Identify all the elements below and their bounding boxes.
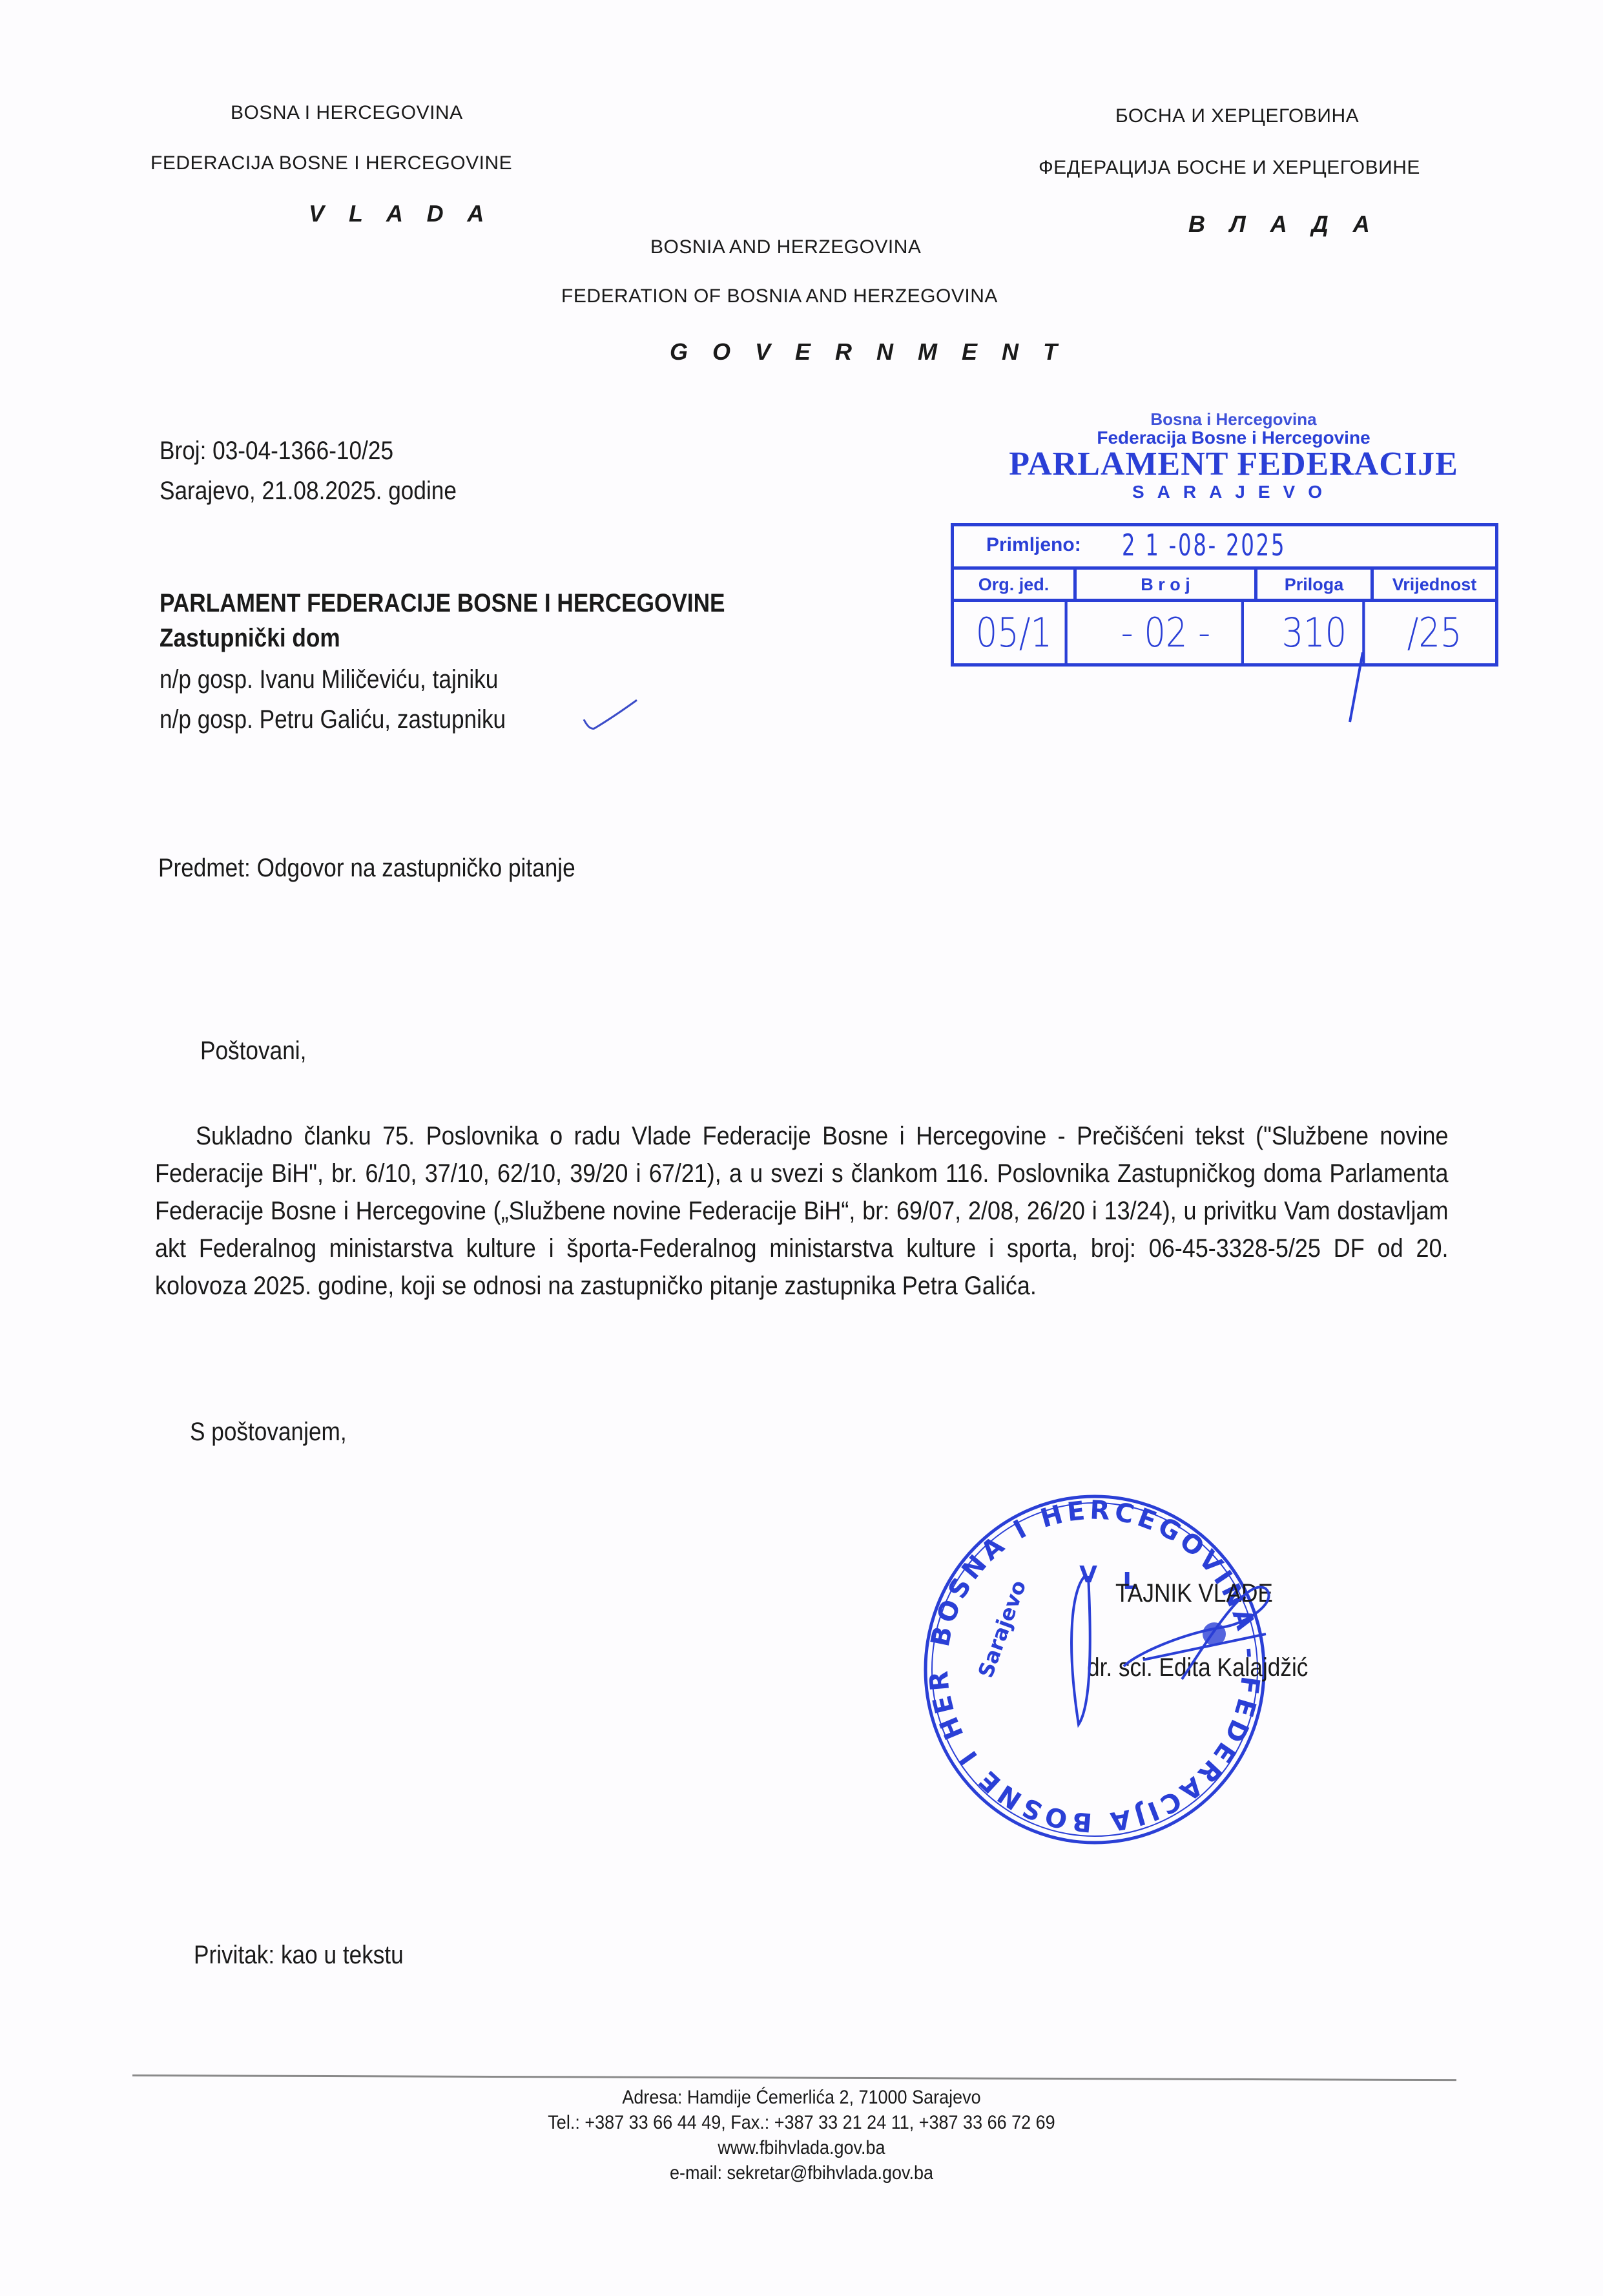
received-label: Primljeno: (986, 534, 1081, 556)
registry-col-attachments: Priloga (1257, 570, 1374, 602)
registry-col-number: B r o j (1077, 570, 1257, 602)
subject-line: Predmet: Odgovor na zastupničko pitanje (158, 854, 575, 883)
reference-number: Broj: 03-04-1366-10/25 (160, 437, 393, 466)
closing: S poštovanjem, (190, 1418, 347, 1447)
letterhead-right-government: В Л А Д А (1188, 211, 1379, 238)
registry-stamp-country: Bosna i Hercegovina (956, 410, 1511, 428)
recipient-chamber: Zastupnički dom (160, 624, 340, 653)
registry-stamp-city: SARAJEVO (956, 481, 1511, 503)
recipient-institution: PARLAMENT FEDERACIJE BOSNE I HERCEGOVINE (160, 589, 725, 618)
footer-divider (132, 2074, 1456, 2081)
letterhead-right-country: БОСНА И ХЕРЦЕГОВИНА (1115, 105, 1359, 127)
footer-website[interactable]: www.fbihvlada.gov.ba (80, 2135, 1523, 2160)
registry-stamp-federation: Federacija Bosne i Hercegovine (956, 428, 1511, 448)
footer-email[interactable]: e-mail: sekretar@fbihvlada.gov.ba (80, 2160, 1523, 2186)
reference-place-date: Sarajevo, 21.08.2025. godine (160, 477, 457, 506)
footer-address: Adresa: Hamdije Ćemerlića 2, 71000 Saraj… (80, 2085, 1523, 2110)
letterhead-left-federation: FEDERACIJA BOSNE I HERCEGOVINE (150, 152, 512, 174)
registry-stamp-table: Primljeno: 2 1 -08- 2025 Org. jed. B r o… (951, 523, 1498, 667)
registry-stamp-grid: Org. jed. B r o j Priloga Vrijednost 05/… (954, 570, 1495, 663)
letterhead-left-government: V L A D A (309, 200, 493, 227)
svg-text:Sarajevo: Sarajevo (973, 1577, 1031, 1681)
registry-stamp-header: Bosna i Hercegovina Federacija Bosne i H… (956, 410, 1511, 503)
registry-val-number: - 02 - (1090, 602, 1244, 664)
registry-stamp-institution: PARLAMENT FEDERACIJE (956, 448, 1511, 481)
recipient-attn-representative: n/p gosp. Petru Galiću, zastupniku (160, 705, 506, 734)
body-paragraph: Sukladno članku 75. Poslovnika o radu Vl… (155, 1117, 1449, 1305)
salutation: Poštovani, (200, 1037, 306, 1066)
letterhead-center-government: G O V E R N M E N T (670, 338, 1066, 366)
registry-val-value: /25 (1383, 602, 1486, 664)
footer-phones: Tel.: +387 33 66 44 49, Fax.: +387 33 21… (80, 2110, 1523, 2135)
registry-stamp-received-row: Primljeno: 2 1 -08- 2025 (954, 526, 1495, 570)
registry-col-value: Vrijednost (1374, 570, 1495, 602)
letterhead-center-federation: FEDERATION OF BOSNIA AND HERZEGOVINA (561, 285, 998, 307)
handwritten-signature-icon (1053, 1563, 1376, 1744)
registry-stroke-mark (1343, 652, 1369, 723)
registry-col-org-unit: Org. jed. (954, 570, 1077, 602)
letterhead-right-federation: ФЕДЕРАЦИЈА БОСНЕ И ХЕРЦЕГОВИНЕ (1039, 157, 1420, 179)
recipient-attn-secretary: n/p gosp. Ivanu Miličeviću, tajniku (160, 665, 498, 694)
registry-val-org-unit: 05/1 (963, 602, 1068, 664)
checkmark-icon (581, 698, 639, 736)
attachment-note: Privitak: kao u tekstu (194, 1941, 404, 1970)
footer: Adresa: Hamdije Ćemerlića 2, 71000 Saraj… (0, 2085, 1603, 2186)
letterhead-center-country: BOSNIA AND HERZEGOVINA (650, 236, 921, 258)
letterhead-left-country: BOSNA I HERCEGOVINA (231, 102, 463, 124)
received-date: 2 1 -08- 2025 (1122, 528, 1286, 563)
